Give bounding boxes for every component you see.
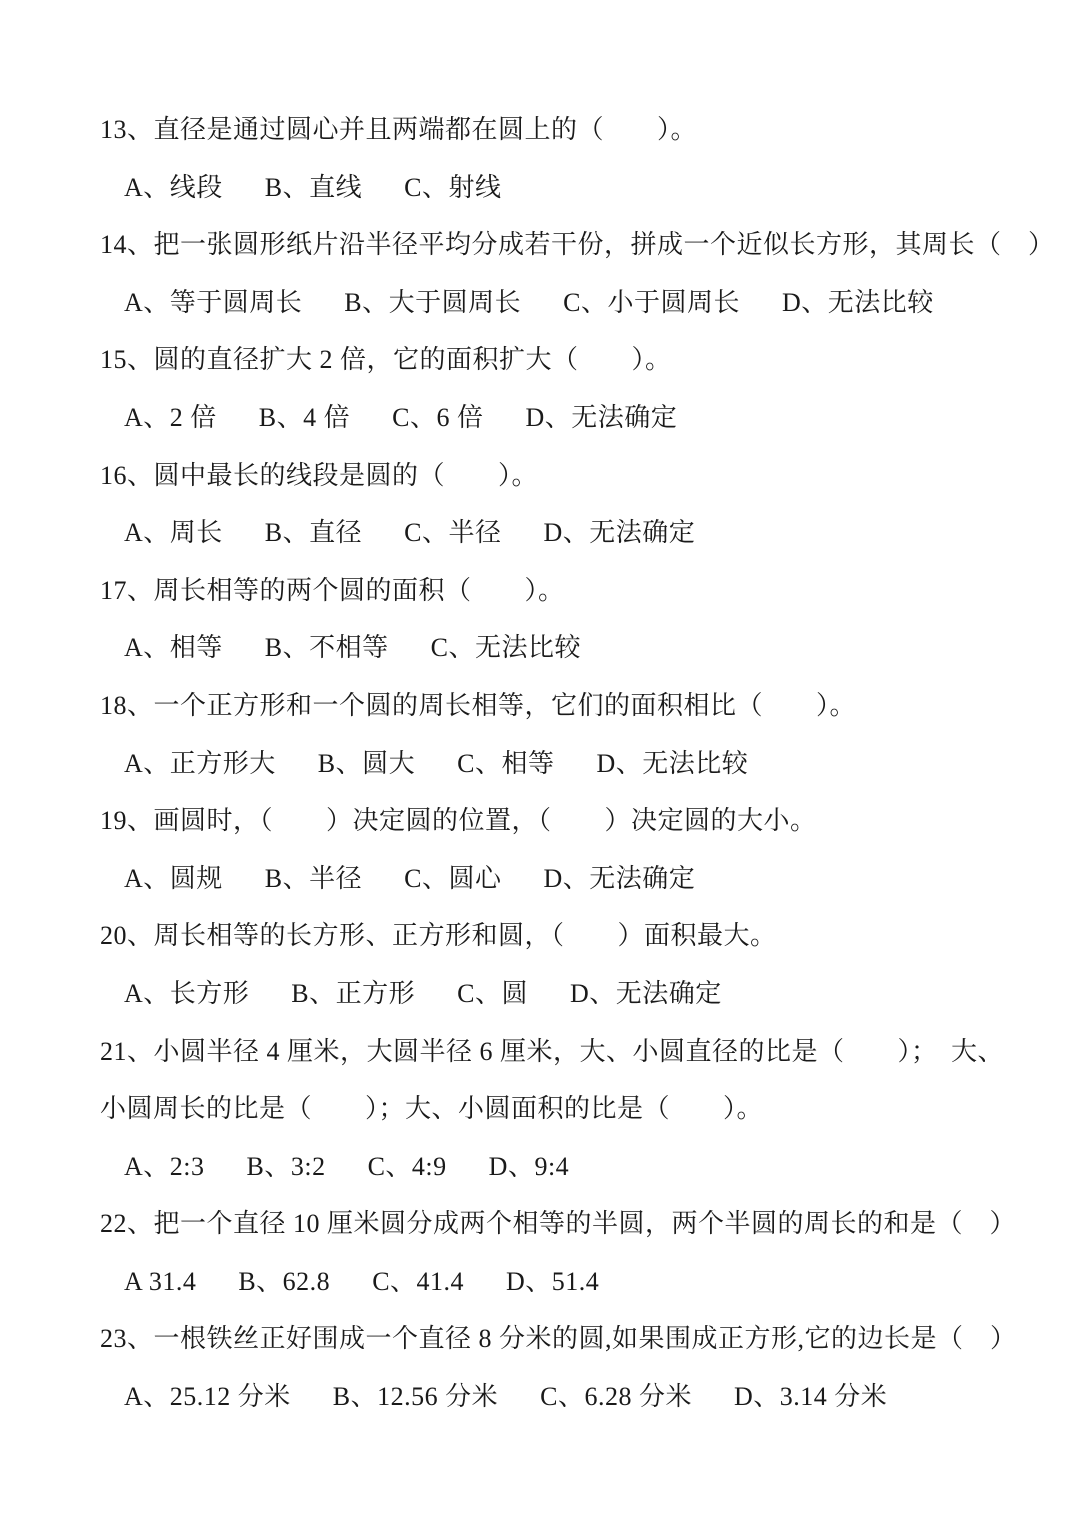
option-17-b: B、不相等 bbox=[265, 619, 389, 677]
option-16-b: B、直径 bbox=[265, 504, 362, 562]
option-21-d: D、9:4 bbox=[489, 1138, 570, 1196]
option-16-c: C、半径 bbox=[404, 504, 501, 562]
option-18-d: D、无法比较 bbox=[596, 735, 748, 793]
question-14-text: 14、把一张圆形纸片沿半径平均分成若干份，拼成一个近似长方形，其周长（ ） bbox=[100, 216, 1050, 274]
question-17-options: A、相等 B、不相等 C、无法比较 bbox=[100, 619, 1050, 677]
question-16-text: 16、圆中最长的线段是圆的（ ）。 bbox=[100, 447, 1050, 505]
question-19-options: A、圆规 B、半径 C、圆心 D、无法确定 bbox=[100, 850, 1050, 908]
option-13-c: C、射线 bbox=[404, 159, 501, 217]
question-22-text: 22、把一个直径 10 厘米圆分成两个相等的半圆，两个半圆的周长的和是（ ） bbox=[100, 1195, 1050, 1253]
option-18-a: A、正方形大 bbox=[124, 735, 276, 793]
option-22-d: D、51.4 bbox=[506, 1253, 599, 1311]
option-22-b: B、62.8 bbox=[238, 1253, 330, 1311]
question-20-text: 20、周长相等的长方形、正方形和圆，（ ）面积最大。 bbox=[100, 907, 1050, 965]
question-18: 18、一个正方形和一个圆的周长相等，它们的面积相比（ ）。 A、正方形大 B、圆… bbox=[100, 677, 1050, 792]
question-21-text-line1: 21、小圆半径 4 厘米，大圆半径 6 厘米，大、小圆直径的比是（ ）； 大、 bbox=[100, 1023, 1050, 1081]
option-15-d: D、无法确定 bbox=[525, 389, 677, 447]
option-22-a: A 31.4 bbox=[124, 1253, 196, 1311]
option-23-c: C、6.28 分米 bbox=[540, 1368, 692, 1426]
option-13-b: B、直线 bbox=[265, 159, 362, 217]
question-17: 17、周长相等的两个圆的面积（ ）。 A、相等 B、不相等 C、无法比较 bbox=[100, 562, 1050, 677]
option-17-c: C、无法比较 bbox=[431, 619, 581, 677]
question-21-options: A、2:3 B、3:2 C、4:9 D、9:4 bbox=[100, 1138, 1050, 1196]
option-21-c: C、4:9 bbox=[368, 1138, 447, 1196]
question-16-options: A、周长 B、直径 C、半径 D、无法确定 bbox=[100, 504, 1050, 562]
option-23-b: B、12.56 分米 bbox=[333, 1368, 498, 1426]
question-14: 14、把一张圆形纸片沿半径平均分成若干份，拼成一个近似长方形，其周长（ ） A、… bbox=[100, 216, 1050, 331]
question-23-text: 23、一根铁丝正好围成一个直径 8 分米的圆,如果围成正方形,它的边长是（ ） bbox=[100, 1310, 1050, 1368]
option-18-b: B、圆大 bbox=[318, 735, 415, 793]
question-14-options: A、等于圆周长 B、大于圆周长 C、小于圆周长 D、无法比较 bbox=[100, 274, 1050, 332]
question-18-text: 18、一个正方形和一个圆的周长相等，它们的面积相比（ ）。 bbox=[100, 677, 1050, 735]
option-15-b: B、4 倍 bbox=[259, 389, 350, 447]
option-20-d: D、无法确定 bbox=[570, 965, 722, 1023]
option-23-a: A、25.12 分米 bbox=[124, 1368, 291, 1426]
option-21-a: A、2:3 bbox=[124, 1138, 205, 1196]
option-20-c: C、圆 bbox=[457, 965, 528, 1023]
option-17-a: A、相等 bbox=[124, 619, 223, 677]
option-19-d: D、无法确定 bbox=[543, 850, 695, 908]
option-19-b: B、半径 bbox=[265, 850, 362, 908]
question-23-options: A、25.12 分米 B、12.56 分米 C、6.28 分米 D、3.14 分… bbox=[100, 1368, 1050, 1426]
question-22: 22、把一个直径 10 厘米圆分成两个相等的半圆，两个半圆的周长的和是（ ） A… bbox=[100, 1195, 1050, 1310]
option-21-b: B、3:2 bbox=[247, 1138, 326, 1196]
option-15-c: C、6 倍 bbox=[392, 389, 483, 447]
option-16-d: D、无法确定 bbox=[543, 504, 695, 562]
option-13-a: A、线段 bbox=[124, 159, 223, 217]
question-20: 20、周长相等的长方形、正方形和圆，（ ）面积最大。 A、长方形 B、正方形 C… bbox=[100, 907, 1050, 1022]
question-15-text: 15、圆的直径扩大 2 倍，它的面积扩大（ ）。 bbox=[100, 331, 1050, 389]
question-13: 13、直径是通过圆心并且两端都在圆上的（ ）。 A、线段 B、直线 C、射线 bbox=[100, 101, 1050, 216]
question-13-options: A、线段 B、直线 C、射线 bbox=[100, 159, 1050, 217]
worksheet-page: 13、直径是通过圆心并且两端都在圆上的（ ）。 A、线段 B、直线 C、射线 1… bbox=[0, 0, 1080, 1527]
option-14-a: A、等于圆周长 bbox=[124, 274, 302, 332]
option-14-d: D、无法比较 bbox=[782, 274, 934, 332]
option-15-a: A、2 倍 bbox=[124, 389, 217, 447]
option-16-a: A、周长 bbox=[124, 504, 223, 562]
option-20-a: A、长方形 bbox=[124, 965, 249, 1023]
option-20-b: B、正方形 bbox=[291, 965, 415, 1023]
option-23-d: D、3.14 分米 bbox=[734, 1368, 887, 1426]
question-15-options: A、2 倍 B、4 倍 C、6 倍 D、无法确定 bbox=[100, 389, 1050, 447]
question-19: 19、画圆时，（ ）决定圆的位置，（ ）决定圆的大小。 A、圆规 B、半径 C、… bbox=[100, 792, 1050, 907]
question-22-options: A 31.4 B、62.8 C、41.4 D、51.4 bbox=[100, 1253, 1050, 1311]
question-21: 21、小圆半径 4 厘米，大圆半径 6 厘米，大、小圆直径的比是（ ）； 大、 … bbox=[100, 1023, 1050, 1196]
option-19-a: A、圆规 bbox=[124, 850, 223, 908]
option-14-b: B、大于圆周长 bbox=[344, 274, 521, 332]
question-16: 16、圆中最长的线段是圆的（ ）。 A、周长 B、直径 C、半径 D、无法确定 bbox=[100, 447, 1050, 562]
question-15: 15、圆的直径扩大 2 倍，它的面积扩大（ ）。 A、2 倍 B、4 倍 C、6… bbox=[100, 331, 1050, 446]
question-18-options: A、正方形大 B、圆大 C、相等 D、无法比较 bbox=[100, 735, 1050, 793]
option-18-c: C、相等 bbox=[457, 735, 554, 793]
option-19-c: C、圆心 bbox=[404, 850, 501, 908]
question-13-text: 13、直径是通过圆心并且两端都在圆上的（ ）。 bbox=[100, 101, 1050, 159]
question-20-options: A、长方形 B、正方形 C、圆 D、无法确定 bbox=[100, 965, 1050, 1023]
question-21-text-line2: 小圆周长的比是（ ）；大、小圆面积的比是（ ）。 bbox=[100, 1080, 1050, 1138]
question-23: 23、一根铁丝正好围成一个直径 8 分米的圆,如果围成正方形,它的边长是（ ） … bbox=[100, 1310, 1050, 1425]
question-19-text: 19、画圆时，（ ）决定圆的位置，（ ）决定圆的大小。 bbox=[100, 792, 1050, 850]
option-22-c: C、41.4 bbox=[372, 1253, 464, 1311]
question-17-text: 17、周长相等的两个圆的面积（ ）。 bbox=[100, 562, 1050, 620]
option-14-c: C、小于圆周长 bbox=[563, 274, 740, 332]
